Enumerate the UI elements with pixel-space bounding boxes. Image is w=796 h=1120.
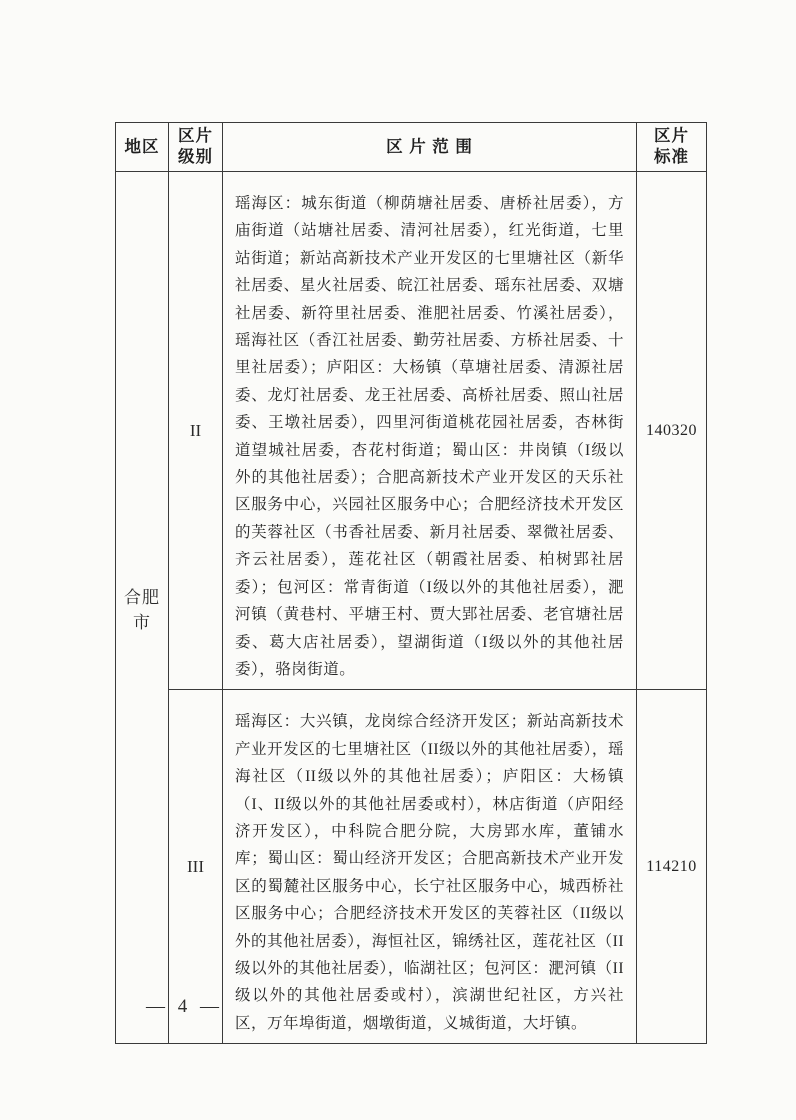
level-cell-2: II bbox=[169, 172, 223, 690]
header-scope-label: 区 片 范 围 bbox=[386, 138, 473, 156]
scope-cell-level-3: 瑶海区：大兴镇，龙岗综合经济开发区；新站高新技术产业开发区的七里塘社区（II级以… bbox=[223, 690, 637, 1044]
level-label-3: III bbox=[187, 857, 204, 876]
header-standard-line2: 标准 bbox=[654, 148, 689, 166]
scope-text-level-2: 瑶海区：城东街道（柳荫塘社居委、唐桥社居委），方庙街道（站塘社居委、清河社居委）… bbox=[235, 195, 624, 678]
scope-cell-level-2: 瑶海区：城东街道（柳荫塘社居委、唐桥社居委），方庙街道（站塘社居委、清河社居委）… bbox=[223, 172, 637, 690]
scope-text-level-3: 瑶海区：大兴镇，龙岗综合经济开发区；新站高新技术产业开发区的七里塘社区（II级以… bbox=[235, 713, 624, 1031]
standard-value-level-3: 114210 bbox=[646, 858, 696, 875]
document-page: 地区 区片 级别 区 片 范 围 区片 标准 合肥市 bbox=[0, 0, 796, 1120]
region-cell-hefei: 合肥市 bbox=[116, 172, 169, 1044]
table-header-row: 地区 区片 级别 区 片 范 围 区片 标准 bbox=[116, 123, 707, 172]
table-row-level-3: III 瑶海区：大兴镇，龙岗综合经济开发区；新站高新技术产业开发区的七里塘社区（… bbox=[116, 690, 707, 1044]
header-region-label: 地区 bbox=[125, 138, 160, 156]
header-standard: 区片 标准 bbox=[637, 123, 707, 172]
level-label-2: II bbox=[190, 421, 201, 440]
header-level-line2: 级别 bbox=[178, 148, 213, 166]
standard-value-level-2: 140320 bbox=[646, 422, 697, 439]
standard-cell-level-3: 114210 bbox=[637, 690, 707, 1044]
table-row-level-2: 合肥市 II 瑶海区：城东街道（柳荫塘社居委、唐桥社居委），方庙街道（站塘社居委… bbox=[116, 172, 707, 690]
header-scope: 区 片 范 围 bbox=[223, 123, 637, 172]
region-name: 合肥市 bbox=[124, 588, 160, 632]
header-level: 区片 级别 bbox=[169, 123, 223, 172]
header-standard-line1: 区片 bbox=[654, 127, 689, 145]
standard-cell-level-2: 140320 bbox=[637, 172, 707, 690]
level-cell-3: III bbox=[169, 690, 223, 1044]
zone-compensation-table: 地区 区片 级别 区 片 范 围 区片 标准 合肥市 bbox=[115, 122, 707, 1044]
page-number: — 4 — bbox=[146, 996, 223, 1018]
header-region: 地区 bbox=[116, 123, 169, 172]
header-level-line1: 区片 bbox=[178, 127, 213, 145]
